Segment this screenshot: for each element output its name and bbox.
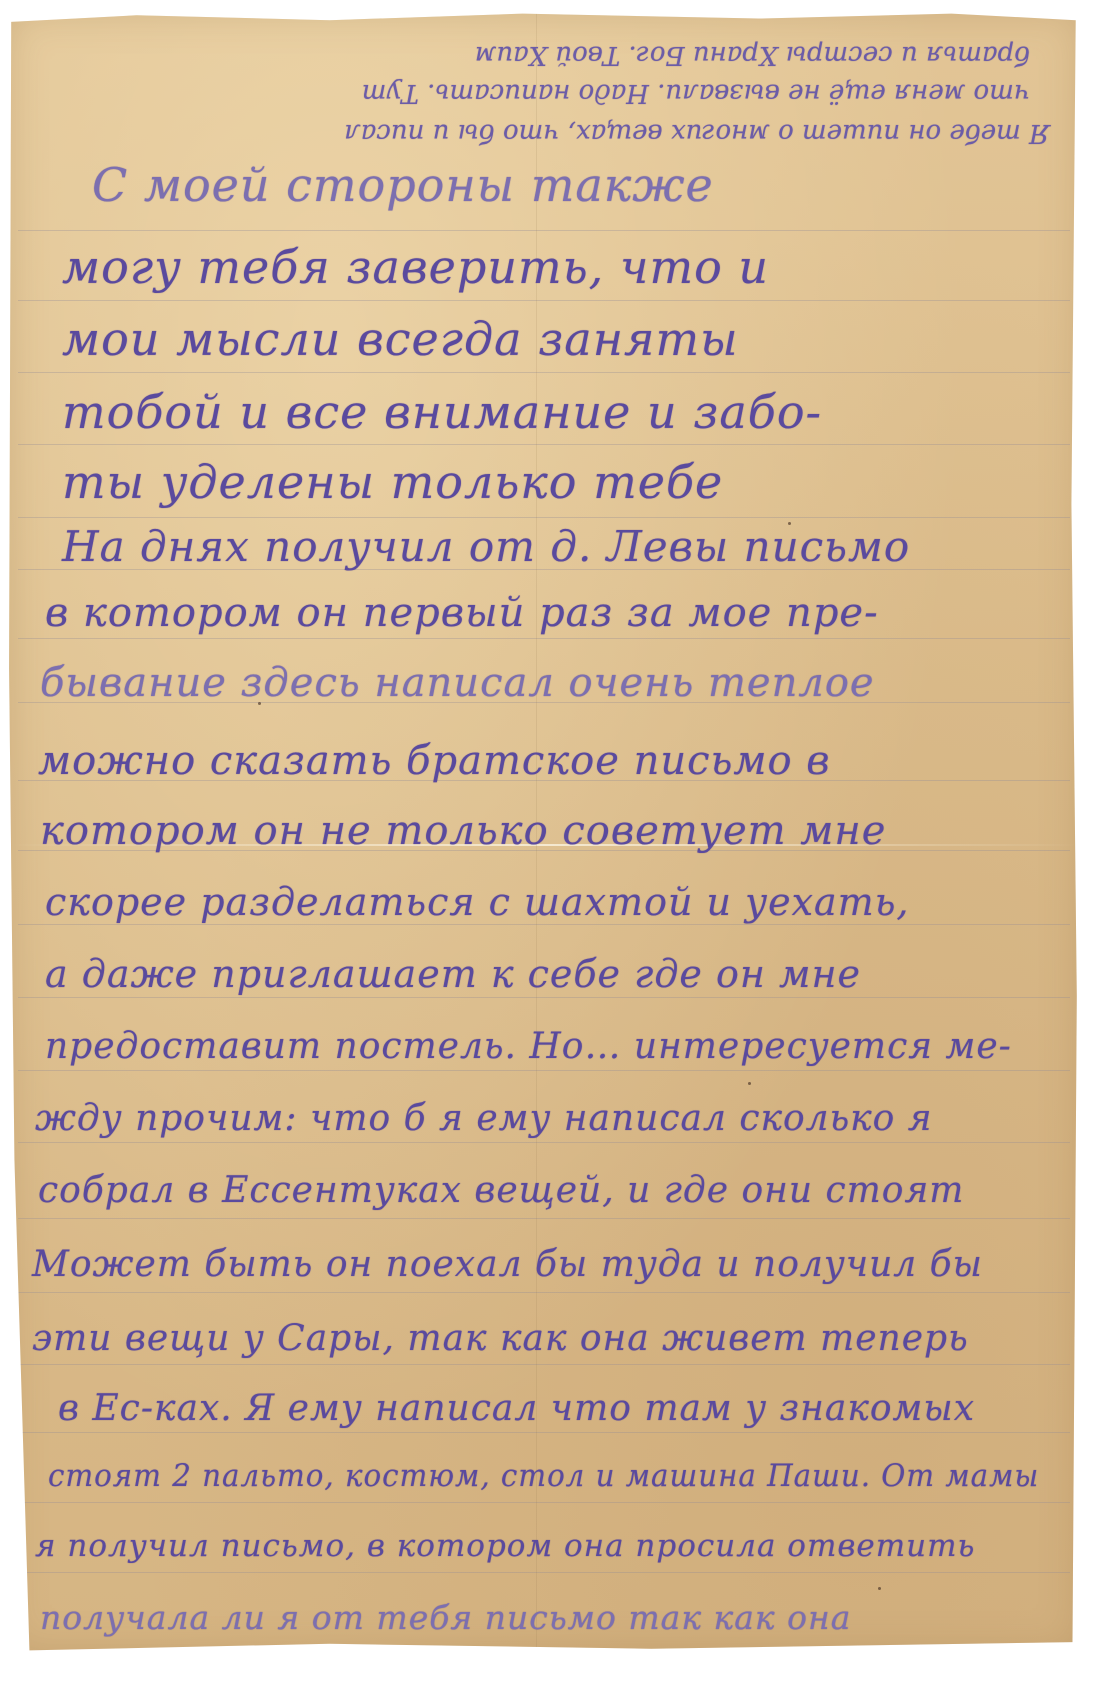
letter-line: эти вещи у Сары, так как она живет тепер… — [32, 1318, 969, 1359]
ruled-line — [18, 997, 1070, 998]
ink-speck — [878, 1587, 881, 1590]
letter-line: стоят 2 пальто, костюм, стол и машина Па… — [48, 1458, 1039, 1494]
upside-down-note-line: Я тебе он пишет о многих вещах, что бы и… — [50, 118, 1050, 148]
ruled-line — [18, 444, 1070, 445]
ruled-line — [18, 1142, 1070, 1143]
letter-line: мои мысли всегда заняты — [62, 312, 739, 366]
ruled-line — [18, 924, 1070, 925]
letter-line: С моей стороны также — [92, 158, 714, 212]
letter-line: На днях получил от д. Левы письмо — [62, 522, 910, 571]
ruled-line — [18, 1218, 1070, 1219]
ruled-line — [18, 372, 1070, 373]
ruled-line — [18, 230, 1070, 231]
letter-line: котором он не только советует мне — [40, 808, 886, 854]
letter-line: собрал в Ессентуках вещей, и где они сто… — [38, 1170, 964, 1211]
letter-line: можно сказать братское письмо в — [38, 738, 831, 784]
letter-line: получала ли я от тебя письмо так как она — [40, 1598, 851, 1637]
letter-line: скорее разделаться с шахтой и уехать, — [45, 880, 909, 924]
letter-line: жду прочим: что б я ему написал сколько … — [35, 1098, 933, 1139]
letter-line: могу тебя заверить, что и — [62, 240, 769, 294]
ruled-line — [18, 1292, 1070, 1293]
letter-line: предоставит постель. Но… интересуется ме… — [45, 1026, 1012, 1067]
letter-line: тобой и все внимание и забо- — [62, 385, 822, 439]
ink-speck — [748, 1082, 751, 1085]
ruled-line — [18, 1364, 1070, 1365]
ruled-line — [18, 638, 1070, 639]
ruled-line — [18, 1432, 1070, 1433]
ruled-line — [18, 517, 1070, 518]
letter-line: ты уделены только тебе — [62, 455, 723, 509]
letter-line: в Ес-ках. Я ему написал что там у знаком… — [58, 1388, 975, 1429]
upside-down-note-line: братья и сестры Храни Бог. Твой Хаим — [90, 40, 1030, 70]
ruled-line — [18, 1502, 1070, 1503]
ruled-line — [18, 1572, 1070, 1573]
letter-line: бывание здесь написал очень теплое — [40, 660, 875, 706]
letter-line: Может быть он поехал бы туда и получил б… — [32, 1244, 983, 1285]
ruled-line — [18, 300, 1070, 301]
letter-line: в котором он первый раз за мое пре- — [45, 590, 879, 636]
upside-down-note-line: что меня ещё не вызвали. Надо написать. … — [90, 78, 1030, 108]
letter-line: а даже приглашает к себе где он мне — [45, 952, 861, 996]
ruled-line — [18, 1070, 1070, 1071]
letter-line: я получил письмо, в котором она просила … — [35, 1528, 975, 1564]
